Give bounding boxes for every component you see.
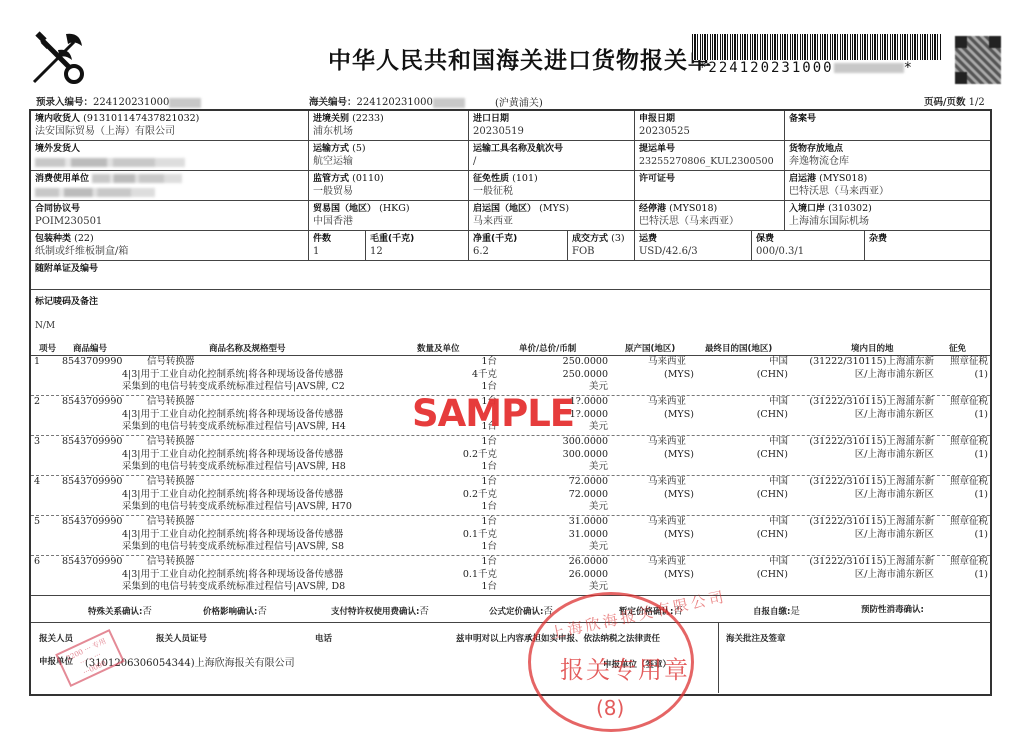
quantity-1: 1台 <box>481 516 497 529</box>
quantity-1: 1台 <box>481 356 497 369</box>
origin-code: (MYS) <box>664 409 694 422</box>
dest-code: (CHN) <box>757 489 788 502</box>
consignee-cell: 境内收货人 (913101147437821032) 法安国际贸易（上海）有限公… <box>31 111 309 141</box>
quantity-3: 1台 <box>481 541 497 554</box>
dest-country: 中国 <box>769 396 788 409</box>
package-type-cell: 包装种类 (22) 纸制或纤维板制盒/箱 <box>31 231 309 261</box>
quantity-1: 1台 <box>481 476 497 489</box>
domestic-dest-2: 区/上海市浦东新区 <box>855 409 934 422</box>
domestic-dest-1: (31222/310115)上海浦东新 <box>809 436 934 449</box>
dest-code: (CHN) <box>757 529 788 542</box>
domestic-dest-2: 区/上海市浦东新区 <box>855 569 934 582</box>
goods-row: 58543709990信号转换器4|3|用于工业自动化控制系统|将各种现场设备传… <box>31 515 990 556</box>
goods-row: 18543709990信号转换器4|3|用于工业自动化控制系统|将各种现场设备传… <box>31 355 990 396</box>
origin-country: 马来西亚 <box>648 436 686 449</box>
levy-code: (1) <box>975 409 988 422</box>
document-title: 中华人民共和国海关进口货物报关单 <box>328 42 712 75</box>
gross-weight-cell: 毛重(千克) 12 <box>366 231 469 261</box>
dest-country: 中国 <box>769 436 788 449</box>
qr-code <box>955 36 1001 84</box>
levy: 照章征税 <box>950 476 988 489</box>
record-no-cell: 备案号 <box>785 111 990 141</box>
total-price: 26.0000 <box>569 569 608 582</box>
hs-code: 8543709990 <box>62 356 122 369</box>
quantity-2: 0.2千克 <box>463 449 497 462</box>
levy: 照章征税 <box>950 396 988 409</box>
spec-line-1: 4|3|用于工业自动化控制系统|将各种现场设备传感器 <box>122 369 343 382</box>
domestic-dest-2: 区/上海市浦东新区 <box>855 449 934 462</box>
goods-table-header: 项号 商品编号 商品名称及规格型号 数量及单位 单价/总价/币制 原产国(地区)… <box>31 340 990 356</box>
goods-name: 信号转换器 <box>147 396 195 409</box>
spec-line-2: 采集到的电信号转变成系统标准过程信号|AVS牌, S8 <box>122 541 344 554</box>
goods-name: 信号转换器 <box>147 476 195 489</box>
item-no: 5 <box>34 516 40 529</box>
total-price: 31.0000 <box>569 529 608 542</box>
storage-cell: 货物存放地点 奔逸物流仓库 <box>785 141 990 171</box>
goods-name: 信号转换器 <box>147 436 195 449</box>
item-no: 3 <box>34 436 40 449</box>
unit-price: 31.0000 <box>569 516 608 529</box>
dest-code: (CHN) <box>757 569 788 582</box>
spec-line-2: 采集到的电信号转变成系统标准过程信号|AVS牌, H8 <box>122 461 346 474</box>
hs-code: 8543709990 <box>62 516 122 529</box>
dest-code: (CHN) <box>757 369 788 382</box>
unit-price: 72.0000 <box>569 476 608 489</box>
vehicle-cell: 运输工具名称及航次号 / <box>469 141 635 171</box>
domestic-dest-1: (31222/310115)上海浦东新 <box>809 396 934 409</box>
quantity-1: 1台 <box>481 436 497 449</box>
spec-line-1: 4|3|用于工业自动化控制系统|将各种现场设备传感器 <box>122 529 343 542</box>
currency: 美元 <box>589 381 608 394</box>
origin-code: (MYS) <box>664 489 694 502</box>
domestic-dest-2: 区/上海市浦东新区 <box>855 489 934 502</box>
levy: 照章征税 <box>950 436 988 449</box>
goods-name: 信号转换器 <box>147 356 195 369</box>
goods-name: 信号转换器 <box>147 556 195 569</box>
total-price: 300.0000 <box>563 449 608 462</box>
pre-entry-number: 预录入编号：224120231000 <box>36 94 201 108</box>
origin-code: (MYS) <box>664 529 694 542</box>
origin-code: (MYS) <box>664 369 694 382</box>
departure-port-cell: 启运港 (MYS018) 巴特沃思（马来西亚） <box>785 171 990 201</box>
origin-country: 马来西亚 <box>648 556 686 569</box>
levy-code: (1) <box>975 449 988 462</box>
price-influence-confirm: 价格影响确认:否 <box>203 603 267 617</box>
currency: 美元 <box>589 501 608 514</box>
freight-cell: 运费 USD/42.6/3 <box>635 231 752 261</box>
spec-line-1: 4|3|用于工业自动化控制系统|将各种现场设备传感器 <box>122 409 343 422</box>
attached-docs-cell: 随附单证及编号 <box>31 261 990 290</box>
deal-mode-cell: 成交方式 (3) FOB <box>568 231 635 261</box>
spec-line-2: 采集到的电信号转变成系统标准过程信号|AVS牌, D8 <box>122 581 345 594</box>
dest-country: 中国 <box>769 516 788 529</box>
seal-center-text: 报关专用章 <box>560 650 690 685</box>
entry-port-cell: 进境关别 (2233) 浦东机场 <box>309 111 469 141</box>
dest-code: (CHN) <box>757 449 788 462</box>
levy-code: (1) <box>975 529 988 542</box>
spec-line-2: 采集到的电信号转变成系统标准过程信号|AVS牌, H70 <box>122 501 352 514</box>
total-price: 1?.0000 <box>570 409 608 422</box>
origin-code: (MYS) <box>664 569 694 582</box>
confirmations-row: 特殊关系确认:否 价格影响确认:否 支付特许权使用费确认:否 公式定价确认:否 … <box>31 596 990 623</box>
pieces-cell: 件数 1 <box>309 231 366 261</box>
barcode-number: *224120231000* <box>698 60 914 76</box>
goods-row: 48543709990信号转换器4|3|用于工业自动化控制系统|将各种现场设备传… <box>31 475 990 516</box>
quantity-2: 4千克 <box>472 369 497 382</box>
domestic-dest-1: (31222/310115)上海浦东新 <box>809 516 934 529</box>
goods-row: 68543709990信号转换器4|3|用于工业自动化控制系统|将各种现场设备传… <box>31 555 990 596</box>
levy-code: (1) <box>975 569 988 582</box>
domestic-dest-2: 区/上海市浦东新区 <box>855 529 934 542</box>
transit-port-cell: 经停港 (MYS018) 巴特沃思（马来西亚） <box>635 201 785 231</box>
special-relation-confirm: 特殊关系确认:否 <box>88 603 152 617</box>
spec-line-1: 4|3|用于工业自动化控制系统|将各种现场设备传感器 <box>122 449 343 462</box>
spec-line-1: 4|3|用于工业自动化控制系统|将各种现场设备传感器 <box>122 489 343 502</box>
spec-line-2: 采集到的电信号转变成系统标准过程信号|AVS牌, C2 <box>122 381 345 394</box>
self-report-confirm: 自报自缴:是 <box>753 603 800 617</box>
unit-price: 250.0000 <box>563 356 608 369</box>
hs-code: 8543709990 <box>62 476 122 489</box>
quantity-2: 0.1千克 <box>463 569 497 582</box>
departure-country-cell: 启运国（地区） (MYS) 马来西亚 <box>469 201 635 231</box>
goods-row: 38543709990信号转换器4|3|用于工业自动化控制系统|将各种现场设备传… <box>31 435 990 476</box>
net-weight-cell: 净重(千克) 6.2 <box>469 231 568 261</box>
transport-mode-cell: 运输方式 (5) 航空运输 <box>309 141 469 171</box>
item-no: 1 <box>34 356 40 369</box>
customs-office: (沪黄浦关) <box>495 94 543 109</box>
origin-country: 马来西亚 <box>648 516 686 529</box>
marks-cell: 标记唛码及备注 N/M <box>31 290 990 340</box>
levy: 照章征税 <box>950 356 988 369</box>
supervision-cell: 监管方式 (0110) 一般贸易 <box>309 171 469 201</box>
disinfection-confirm: 预防性消毒确认: <box>861 603 924 615</box>
currency: 美元 <box>589 421 608 434</box>
hs-code: 8543709990 <box>62 396 122 409</box>
origin-code: (MYS) <box>664 449 694 462</box>
currency: 美元 <box>589 461 608 474</box>
unit-price: 300.0000 <box>563 436 608 449</box>
seal-number: (8) <box>596 696 624 720</box>
declare-date-cell: 申报日期 20230525 <box>635 111 785 141</box>
currency: 美元 <box>589 541 608 554</box>
dest-country: 中国 <box>769 556 788 569</box>
page-indicator: 页码/页数 1/2 <box>924 94 985 108</box>
quantity-2: 0.1千克 <box>463 529 497 542</box>
import-date-cell: 进口日期 20230519 <box>469 111 635 141</box>
customs-emblem-icon <box>30 28 90 86</box>
royalty-confirm: 支付特许权使用费确认:否 <box>331 603 429 617</box>
quantity-3: 1台 <box>481 461 497 474</box>
barcode <box>692 34 942 60</box>
item-no: 4 <box>34 476 40 489</box>
spec-line-1: 4|3|用于工业自动化控制系统|将各种现场设备传感器 <box>122 569 343 582</box>
hs-code: 8543709990 <box>62 436 122 449</box>
levy: 照章征税 <box>950 556 988 569</box>
quantity-3: 1台 <box>481 581 497 594</box>
dest-country: 中国 <box>769 356 788 369</box>
insurance-cell: 保费 000/0.3/1 <box>752 231 865 261</box>
quantity-3: 1台 <box>481 501 497 514</box>
item-no: 2 <box>34 396 40 409</box>
domestic-dest-1: (31222/310115)上海浦东新 <box>809 476 934 489</box>
overseas-consignor-cell: 境外发货人 <box>31 141 309 171</box>
unit-price: 26.0000 <box>569 556 608 569</box>
levy-code: (1) <box>975 489 988 502</box>
signature-block: 报关人员 报关人员证号 电话 兹申明对以上内容承担如实申报、依法纳税之法律责任 … <box>31 622 990 694</box>
dest-code: (CHN) <box>757 409 788 422</box>
license-no-cell: 许可证号 <box>635 171 785 201</box>
quantity-2: 0.2千克 <box>463 489 497 502</box>
customs-number: 海关编号：224120231000 <box>309 94 465 108</box>
bill-no-cell: 提运单号 23255270806_KUL2300500 <box>635 141 785 171</box>
item-no: 6 <box>34 556 40 569</box>
origin-country: 马来西亚 <box>648 476 686 489</box>
levy: 照章征税 <box>950 516 988 529</box>
spec-line-2: 采集到的电信号转变成系统标准过程信号|AVS牌, H4 <box>122 421 346 434</box>
unit-price: 1?.0000 <box>570 396 608 409</box>
entry-port-place-cell: 入境口岸 (310302) 上海浦东国际机场 <box>785 201 990 231</box>
levy-nature-cell: 征免性质 (101) 一般征税 <box>469 171 635 201</box>
domestic-dest-2: 区/上海市浦东新区 <box>855 369 934 382</box>
misc-fee-cell: 杂费 <box>865 231 990 261</box>
quantity-1: 1台 <box>481 556 497 569</box>
sample-watermark: SAMPLE <box>412 392 574 435</box>
consumer-unit-cell: 消费使用单位 <box>31 171 309 201</box>
hs-code: 8543709990 <box>62 556 122 569</box>
origin-country: 马来西亚 <box>648 396 686 409</box>
contract-no-cell: 合同协议号 POIM230501 <box>31 201 309 231</box>
domestic-dest-1: (31222/310115)上海浦东新 <box>809 556 934 569</box>
total-price: 72.0000 <box>569 489 608 502</box>
domestic-dest-1: (31222/310115)上海浦东新 <box>809 356 934 369</box>
formula-price-confirm: 公式定价确认:否 <box>489 603 553 617</box>
goods-name: 信号转换器 <box>147 516 195 529</box>
trade-country-cell: 贸易国（地区） (HKG) 中国香港 <box>309 201 469 231</box>
origin-country: 马来西亚 <box>648 356 686 369</box>
levy-code: (1) <box>975 369 988 382</box>
dest-country: 中国 <box>769 476 788 489</box>
total-price: 250.0000 <box>563 369 608 382</box>
